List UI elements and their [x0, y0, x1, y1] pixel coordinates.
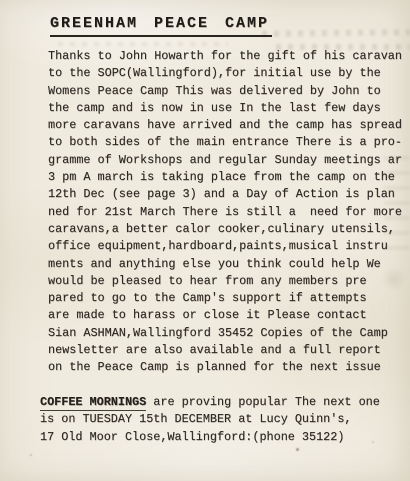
- body-line: are made to harass or close it Please co…: [48, 307, 402, 324]
- body-line: caravans,a better calor cooker,culinary …: [48, 221, 402, 238]
- page-title: GREENHAM PEACE CAMP: [50, 15, 272, 37]
- coffee-line-1-rest: are proving popular The next one: [146, 395, 380, 409]
- body-line: to the SOPC(Wallingford),for initial use…: [48, 65, 402, 82]
- coffee-mornings-heading: COFFEE MORNINGS: [40, 395, 146, 411]
- body-line: newsletter are also available and a full…: [48, 342, 402, 359]
- body-line: Womens Peace Camp This was delivered by …: [48, 83, 402, 100]
- ink-speck: [30, 454, 32, 456]
- coffee-mornings-paragraph: COFFEE MORNINGS are proving popular The …: [40, 394, 380, 446]
- body-line: 12th Dec (see page 3) and a Day of Actio…: [48, 186, 402, 203]
- bleed-through-smudge: [262, 29, 410, 37]
- coffee-line-2: is on TUESDAY 15th DECEMBER at Lucy Quin…: [40, 411, 380, 428]
- coffee-line-3: 17 Old Moor Close,Wallingford:(phone 351…: [40, 429, 380, 446]
- body-line: 3 pm A march is taking place from the ca…: [48, 169, 402, 186]
- body-line: Thanks to John Howarth for the gift of h…: [48, 48, 402, 65]
- scanned-newsletter-page: GREENHAM PEACE CAMP Thanks to John Howar…: [0, 0, 410, 481]
- body-line: Sian ASHMAN,Wallingford 35452 Copies of …: [48, 325, 402, 342]
- body-line: on the Peace Camp is planned for the nex…: [48, 359, 402, 376]
- body-line: to both sides of the main entrance There…: [48, 134, 402, 151]
- main-paragraph: Thanks to John Howarth for the gift of h…: [48, 48, 402, 377]
- body-line: more caravans have arrived and the camp …: [48, 117, 402, 134]
- coffee-line-1: COFFEE MORNINGS are proving popular The …: [40, 394, 380, 411]
- body-line: the camp and is now in use In the last f…: [48, 100, 402, 117]
- body-line: would be pleased to hear from any member…: [48, 273, 402, 290]
- ink-speck: [296, 448, 299, 451]
- body-line: gramme of Workshops and regular Sunday m…: [48, 152, 402, 169]
- body-line: office equipment,hardboard,paints,musica…: [48, 238, 402, 255]
- body-line: ments and anything else you think could …: [48, 256, 402, 273]
- bleed-through-smudge: [58, 42, 228, 46]
- body-line: pared to go to the Camp's support if att…: [48, 290, 402, 307]
- body-line: ned for 21st March There is still a need…: [48, 204, 402, 221]
